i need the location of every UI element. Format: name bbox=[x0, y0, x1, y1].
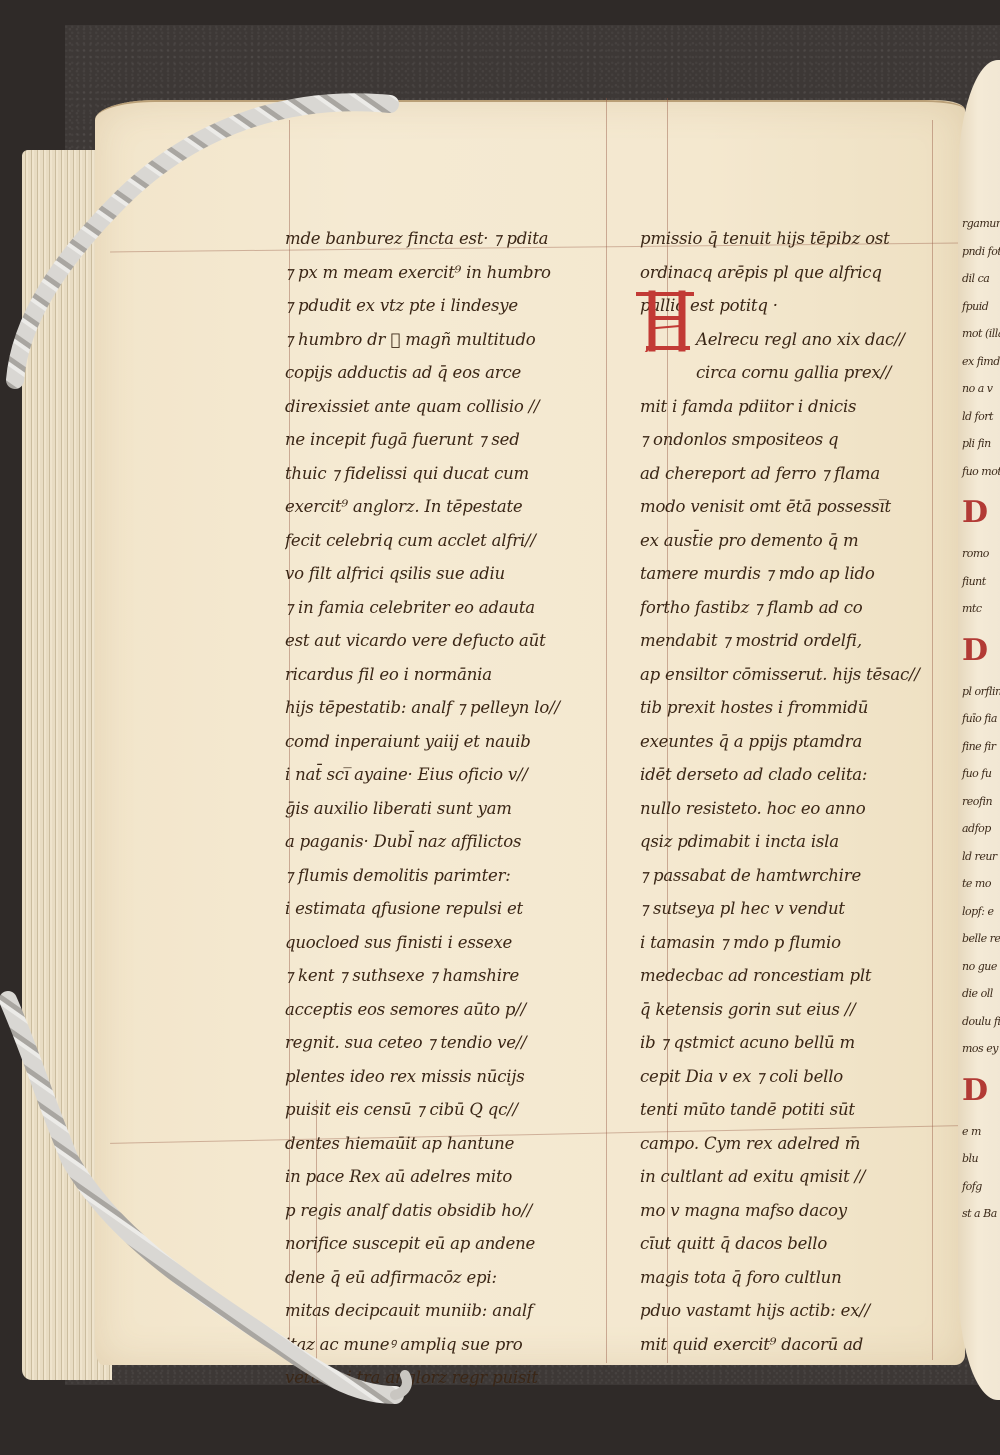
text-line: e m bbox=[962, 1118, 1000, 1146]
text-line: fpuid bbox=[962, 293, 1000, 321]
text-line: in pace Rex aū adelres mito bbox=[285, 1160, 615, 1194]
text-line: q̄ ketensis gorin sut eius // bbox=[640, 993, 940, 1027]
text-line: acceptis eos semores aūto p// bbox=[285, 993, 615, 1027]
text-line: tenti mūto tandē potiti sūt bbox=[640, 1093, 940, 1127]
text-line: ordinacq arēpis pl que alfricq bbox=[640, 256, 940, 290]
text-line: pl orfling bbox=[962, 678, 1000, 706]
text-line: est aut vicardo vere defucto aūt bbox=[285, 624, 615, 658]
text-line: cepit Dia v ex ⁊ coli bello bbox=[640, 1060, 940, 1094]
text-line: ⁊ sutseya pl hec v vendut bbox=[640, 892, 940, 926]
text-line: ⁊ ondonlos smpositeos q bbox=[640, 423, 940, 457]
text-line: qsiz pdimabit i incta isla bbox=[640, 825, 940, 859]
text-line: norifice suscepit eū ap andene bbox=[285, 1227, 615, 1261]
text-line: plentes ideo rex missis nūcijs bbox=[285, 1060, 615, 1094]
text-line: cīut quitt q̄ dacos bello bbox=[640, 1227, 940, 1261]
text-line: mitas decipcauit muniib: analf bbox=[285, 1294, 615, 1328]
text-line: pduo vastamt hijs actib: ex// bbox=[640, 1294, 940, 1328]
text-line: doulu fi bbox=[962, 1008, 1000, 1036]
text-line: fuo fu bbox=[962, 760, 1000, 788]
text-line: ⁊ in famia celebriter eo adauta bbox=[285, 591, 615, 625]
text-line: te mo bbox=[962, 870, 1000, 898]
text-line: mde banburez fincta est· ⁊ pdita bbox=[285, 222, 615, 256]
text-line: lopf: e bbox=[962, 898, 1000, 926]
text-line: belle re bbox=[962, 925, 1000, 953]
text-line: st a Ba bbox=[962, 1200, 1000, 1228]
text-line: mendabit ⁊ mostrid ordelfi, bbox=[640, 624, 940, 658]
text-line: ex fimdo bbox=[962, 348, 1000, 376]
text-line: reofin bbox=[962, 788, 1000, 816]
text-line: no gue bbox=[962, 953, 1000, 981]
text-line: i tamasin ⁊ mdo p flumio bbox=[640, 926, 940, 960]
text-line: ⁊ px m meam exercit⁹ in humbro bbox=[285, 256, 615, 290]
text-line: direxissiet ante quam collisio // bbox=[285, 390, 615, 424]
text-line: thuic ⁊ fidelissi qui ducat cum bbox=[285, 457, 615, 491]
text-line: fortho fastibz ⁊ flamb ad co bbox=[640, 591, 940, 625]
text-line: vetūm; i tra anglorz regr puisit bbox=[285, 1361, 615, 1395]
text-line: in cultlant ad exitu qmisit // bbox=[640, 1160, 940, 1194]
text-line: fiunt bbox=[962, 568, 1000, 596]
text-line: rgamumtlbo bbox=[962, 210, 1000, 238]
text-line: quocloed sus finisti i essexe bbox=[285, 926, 615, 960]
facing-page: rgamumtlbo pndi fotu dil ca fpuid mot (i… bbox=[958, 60, 1000, 1400]
text-line: i estimata qfusione repulsi et bbox=[285, 892, 615, 926]
text-line: pli fin bbox=[962, 430, 1000, 458]
text-line: ex aust̄ie pro demento q̄ m bbox=[640, 524, 940, 558]
text-line: nullo resisteto. hoc eo anno bbox=[640, 792, 940, 826]
text-line: puisit eis censū ⁊ cibū Q qc// bbox=[285, 1093, 615, 1127]
text-line: blu bbox=[962, 1145, 1000, 1173]
text-line: dene q̄ eū adfirmacōz epi: bbox=[285, 1261, 615, 1295]
text-line: pndi fotu bbox=[962, 238, 1000, 266]
red-initial-d: D bbox=[962, 1063, 1000, 1118]
text-line: mot (illa bbox=[962, 320, 1000, 348]
text-line: tib prexit hostes i frommidū bbox=[640, 691, 940, 725]
text-line: regnit. sua ceteo ⁊ tendio ve// bbox=[285, 1026, 615, 1060]
text-line: ⁊ pdudit ex vtz pte i lindesye bbox=[285, 289, 615, 323]
text-line: medecbac ad roncestiam plt bbox=[640, 959, 940, 993]
text-line: p regis analf datis obsidib ho// bbox=[285, 1194, 615, 1228]
text-line: ⁊ passabat de hamtwrchire bbox=[640, 859, 940, 893]
text-line: ld reur bbox=[962, 843, 1000, 871]
text-line: idēt derseto ad clado celita: bbox=[640, 758, 940, 792]
text-line: no a v bbox=[962, 375, 1000, 403]
text-line: fuīo fia bbox=[962, 705, 1000, 733]
right-text-column: pmissio q̄ tenuit hijs tēpibz ost ordina… bbox=[640, 222, 940, 1361]
text-line: fecit celebriq cum acclet alfri// bbox=[285, 524, 615, 558]
text-line: hijs tēpestatib: analf ⁊ pelleyn lo// bbox=[285, 691, 615, 725]
red-initial-m: D bbox=[962, 485, 1000, 540]
facing-page-text: rgamumtlbo pndi fotu dil ca fpuid mot (i… bbox=[962, 210, 1000, 1228]
left-text-column: mde banburez fincta est· ⁊ pdita ⁊ px m … bbox=[285, 222, 615, 1395]
text-line: comd inperaiunt yaiij et nauib bbox=[285, 725, 615, 759]
text-line: exercit⁹ anglorz. In tēpestate bbox=[285, 490, 615, 524]
text-line: fine fir bbox=[962, 733, 1000, 761]
text-line: ld fort bbox=[962, 403, 1000, 431]
text-line: mo v magna mafso dacoy bbox=[640, 1194, 940, 1228]
text-line: vo filt alfrici qsilis sue adiu bbox=[285, 557, 615, 591]
text-line: ricardus fil eo i normānia bbox=[285, 658, 615, 692]
text-line: dentes hiemaūit ap hantune bbox=[285, 1127, 615, 1161]
text-line: ad chereport ad ferro ⁊ flama bbox=[640, 457, 940, 491]
red-initial-h-icon bbox=[636, 290, 694, 352]
text-line: mos ey bbox=[962, 1035, 1000, 1063]
text-line: modo venisit omt ētā possessi̅t bbox=[640, 490, 940, 524]
text-line: ne incepit fugā fuerunt ⁊ sed bbox=[285, 423, 615, 457]
page-top-edge bbox=[95, 100, 965, 120]
text-line: mtc bbox=[962, 595, 1000, 623]
text-line: copijs adductis ad q̄ eos arce bbox=[285, 356, 615, 390]
text-line: a paganis· Dubl̄ naz affilictos bbox=[285, 825, 615, 859]
text-line: tamere murdis ⁊ mdo ap lido bbox=[640, 557, 940, 591]
text-line: ⁊ humbro dr ᷓ magñ multitudo bbox=[285, 323, 615, 357]
text-line: pmissio q̄ tenuit hijs tēpibz ost bbox=[640, 222, 940, 256]
text-line: adfop bbox=[962, 815, 1000, 843]
text-line: ⁊ flumis demolitis parimter: bbox=[285, 859, 615, 893]
text-line: i nat̄ sci̅ ayaine· Eius oficio v// bbox=[285, 758, 615, 792]
text-line: ḡis auxilio liberati sunt yam bbox=[285, 792, 615, 826]
text-line: ⁊ kent ⁊ suthsexe ⁊ hamshire bbox=[285, 959, 615, 993]
text-line: fuo mot bbox=[962, 458, 1000, 486]
text-line: die oll bbox=[962, 980, 1000, 1008]
text-line: exeuntes q̄ a ppijs ptamdra bbox=[640, 725, 940, 759]
text-line: magis tota q̄ foro cultlun bbox=[640, 1261, 940, 1295]
text-line: fofg bbox=[962, 1173, 1000, 1201]
text-line: ap ensiltor cōmisserut. hijs tēsac// bbox=[640, 658, 940, 692]
text-line: itaz ac muneꝰ ampliq sue pro bbox=[285, 1328, 615, 1362]
text-line: ib ⁊ qstmict acuno bellū m bbox=[640, 1026, 940, 1060]
text-line: circa cornu gallia prex// bbox=[640, 356, 940, 390]
text-line: mit quid exercit⁹ dacorū ad bbox=[640, 1328, 940, 1362]
red-initial-d: D bbox=[962, 623, 1000, 678]
text-line: dil ca bbox=[962, 265, 1000, 293]
text-line: campo. Cym rex adelred m̄ bbox=[640, 1127, 940, 1161]
text-line: mit i famda pdiitor i dnicis bbox=[640, 390, 940, 424]
text-line: romo bbox=[962, 540, 1000, 568]
